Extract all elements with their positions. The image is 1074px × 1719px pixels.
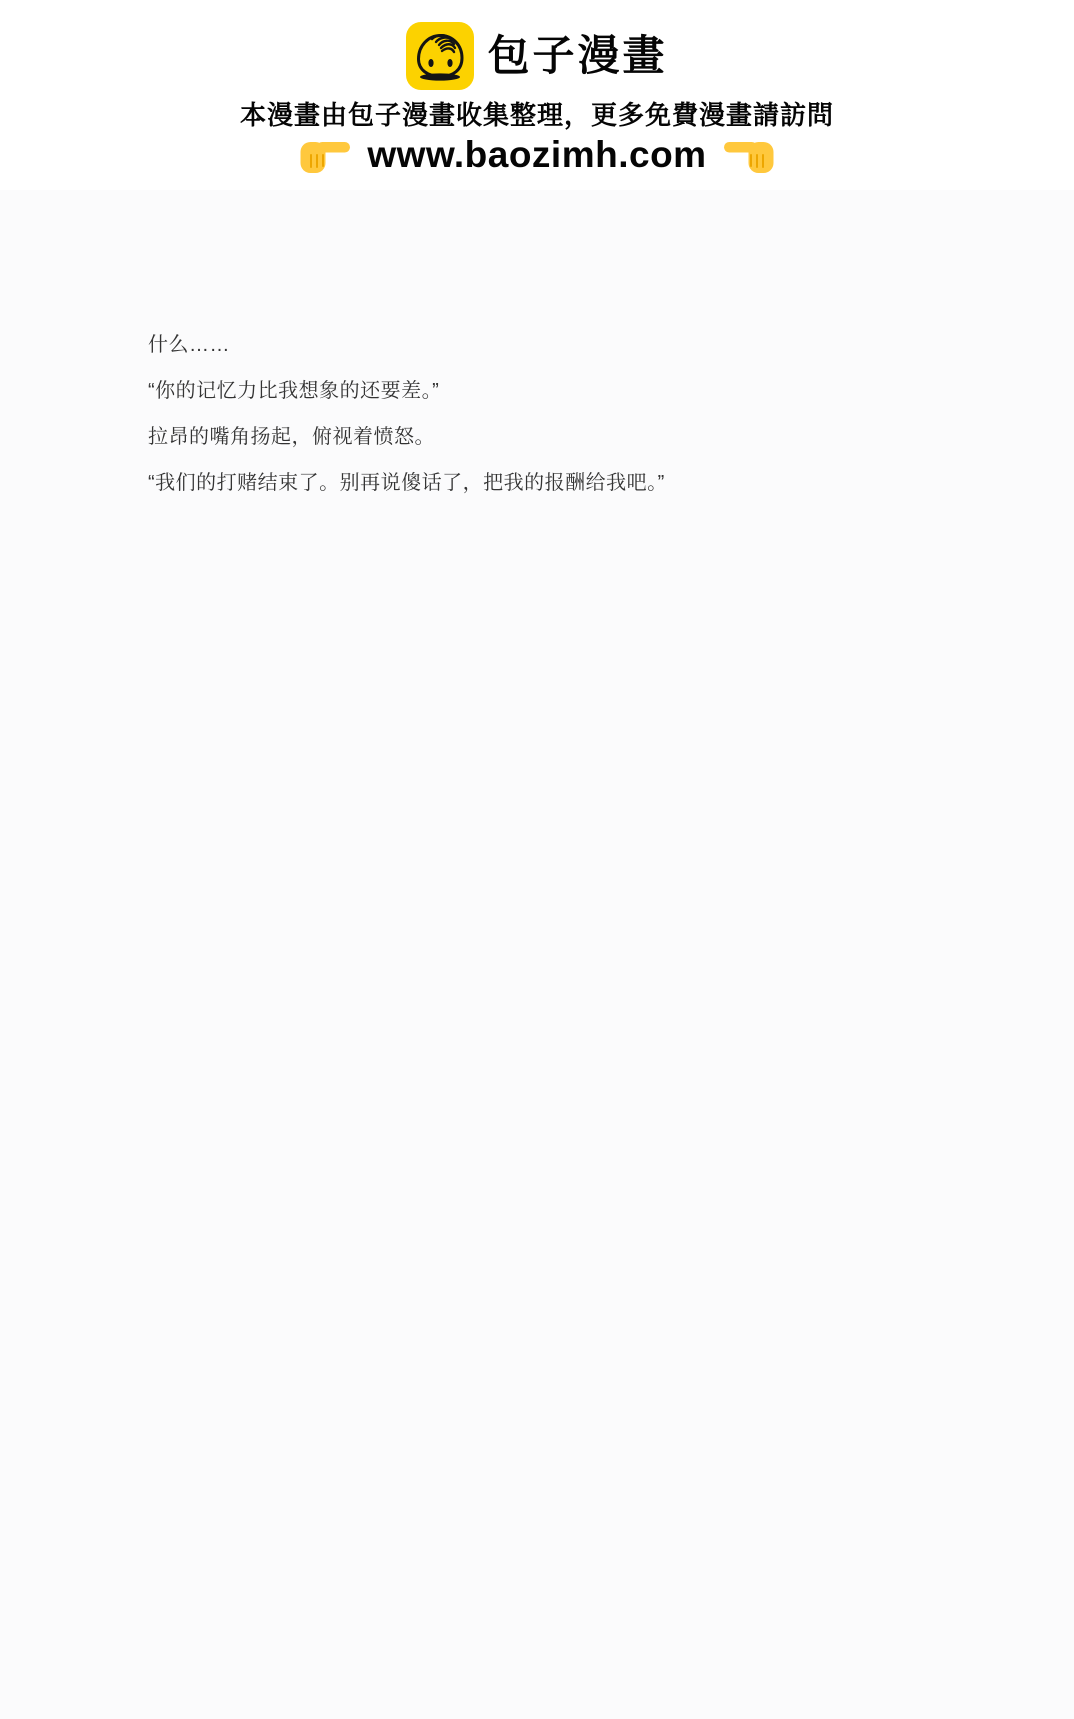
paragraph: 什么…… — [148, 335, 994, 356]
url-row: www.baozimh.com — [0, 132, 1074, 178]
paragraph: “你的记忆力比我想象的还要差。” — [148, 381, 994, 402]
paragraph: 拉昂的嘴角扬起，俯视着愤怒。 — [148, 427, 994, 448]
chapter-text-area: 什么……“你的记忆力比我想象的还要差。”拉昂的嘴角扬起，俯视着愤怒。“我们的打赌… — [0, 190, 1074, 1719]
site-url-link[interactable]: www.baozimh.com — [367, 134, 706, 176]
site-title: 包子漫畫 — [487, 22, 667, 90]
notice-text: 本漫畫由包子漫畫收集整理，更多免費漫畫請訪問 — [0, 100, 1074, 130]
paragraph: “我们的打赌结束了。别再说傻话了，把我的报酬给我吧。” — [148, 473, 994, 494]
baozi-logo-icon — [406, 22, 474, 90]
pointing-right-hand-icon — [299, 135, 351, 175]
site-header: 包子漫畫 本漫畫由包子漫畫收集整理，更多免費漫畫請訪問 www.baozimh.… — [0, 0, 1074, 190]
page: 包子漫畫 本漫畫由包子漫畫收集整理，更多免費漫畫請訪問 www.baozimh.… — [0, 0, 1074, 1719]
paragraph-list: 什么……“你的记忆力比我想象的还要差。”拉昂的嘴角扬起，俯视着愤怒。“我们的打赌… — [148, 335, 994, 494]
brand[interactable]: 包子漫畫 — [0, 22, 1074, 90]
pointing-left-hand-icon — [723, 135, 775, 175]
